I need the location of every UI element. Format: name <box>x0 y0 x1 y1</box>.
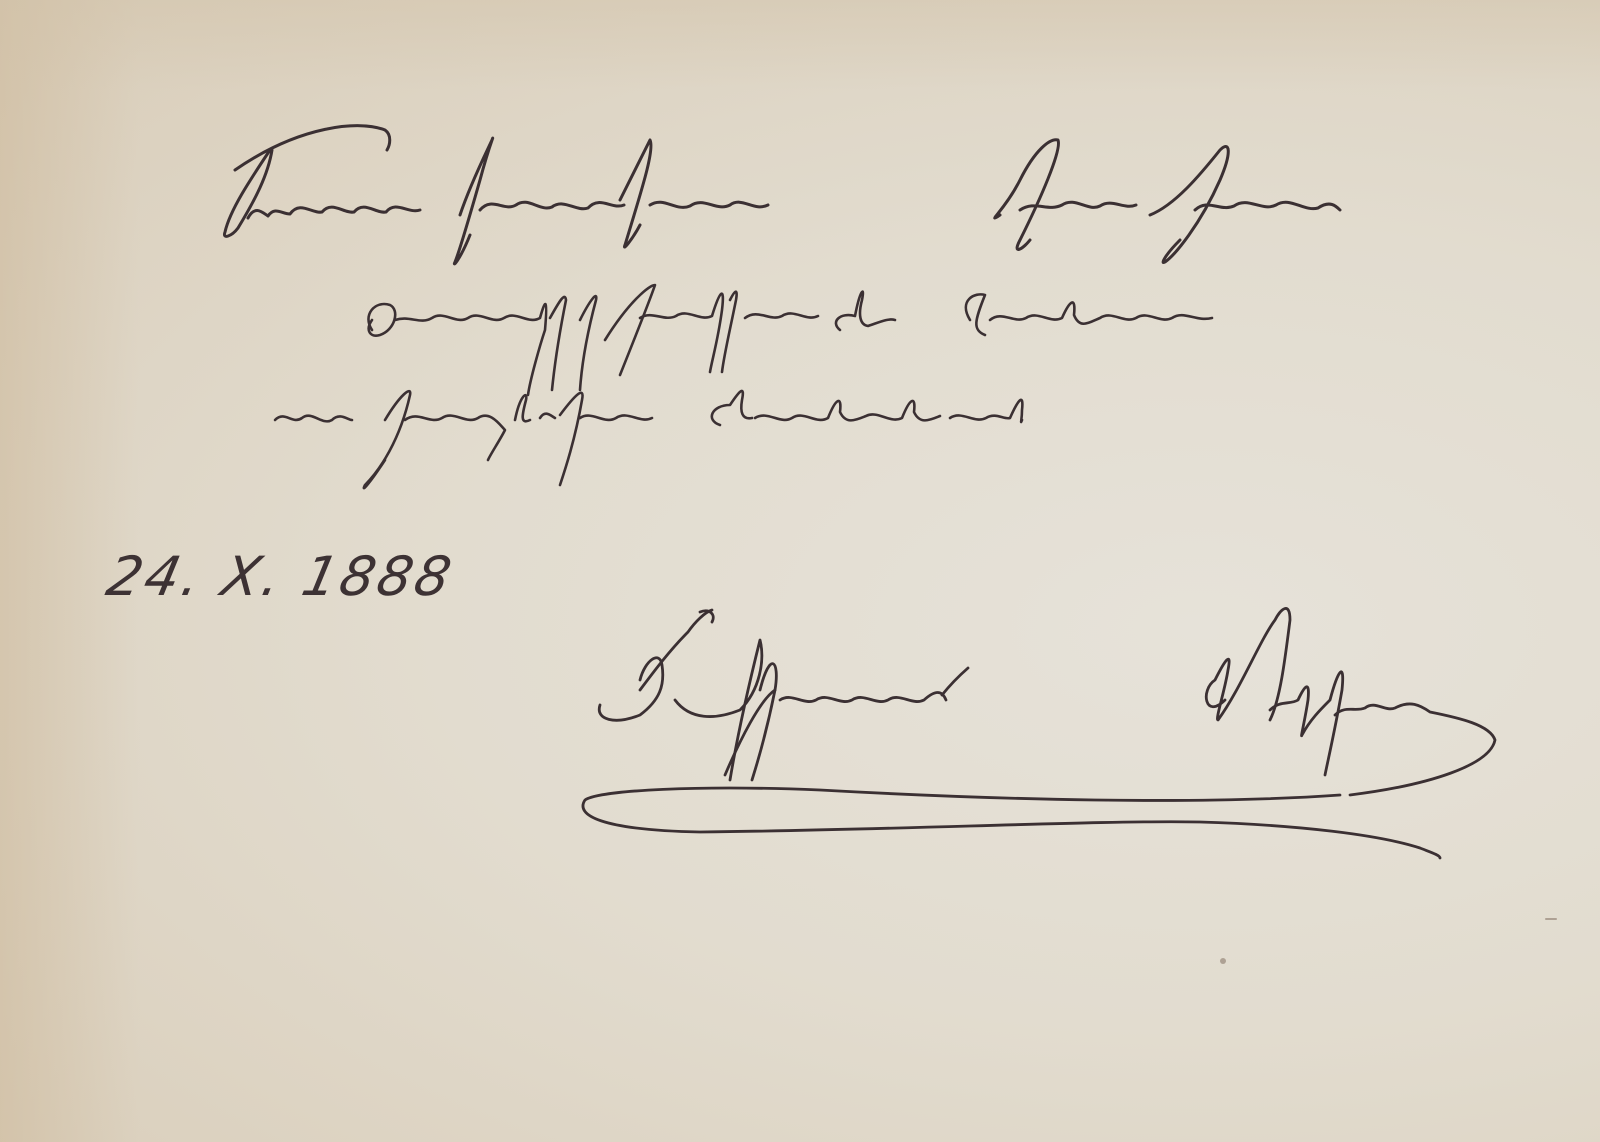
paper-page: Seinem hochverehrten Lehrer Herrn Oberbe… <box>0 0 1600 1142</box>
paper-speck <box>1220 958 1226 964</box>
ink-line-2 <box>368 285 1212 395</box>
inscription-date: 24. X. 1888 <box>101 545 459 608</box>
ink-line-3 <box>275 391 1022 488</box>
ink-line-1 <box>224 126 1340 264</box>
paper-mark <box>1545 918 1557 920</box>
ink-signature <box>583 608 1495 858</box>
